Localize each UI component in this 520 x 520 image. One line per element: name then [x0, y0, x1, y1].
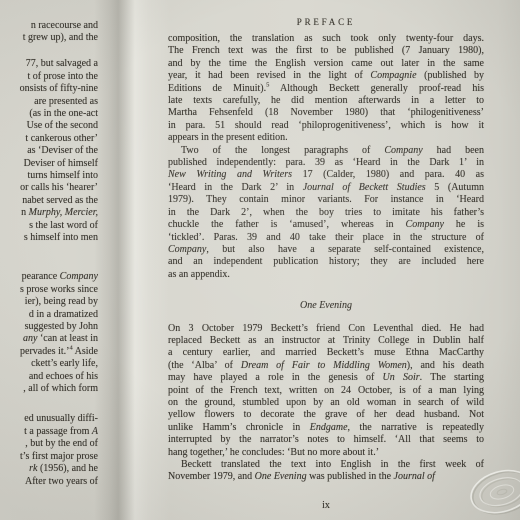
- left-paragraph-fragment: pearance Companys prose works sinceier),…: [0, 271, 98, 395]
- text-line: Beckett translated the text into English…: [168, 459, 484, 471]
- book-photo: n racecourse andt grew up), and the 77, …: [0, 0, 520, 520]
- text-line: Use of the second: [0, 120, 98, 132]
- text-line: ‘Heard in the Dark 2’ in Journal of Beck…: [168, 182, 484, 194]
- left-paragraph-fragment: n racecourse andt grew up), and the: [0, 20, 98, 45]
- text-line: s the last word of: [0, 220, 98, 232]
- text-line: November 1979, and One Evening was publi…: [168, 471, 484, 483]
- text-line: point of the French text, written on 24 …: [168, 385, 484, 397]
- text-line: yellow flowers to decorate the grave of …: [168, 409, 484, 421]
- right-page: PREFACE composition, the translation as …: [168, 16, 484, 511]
- text-line: hang together,’ he concludes: ‘But no mo…: [168, 447, 484, 459]
- paragraph-one-evening-origin: On 3 October 1979 Beckett’s friend Con L…: [168, 323, 484, 459]
- text-line: late texts carefully, he did mention aft…: [168, 95, 484, 107]
- text-line: any ‘can at least in: [0, 333, 98, 345]
- text-line: Two of the longest paragraphs of Company…: [168, 145, 484, 157]
- text-line: After two years of: [0, 476, 98, 488]
- text-line: in para. 51 should read ‘philoprogenitiv…: [168, 120, 484, 132]
- text-line: Deviser of himself: [0, 158, 98, 170]
- text-line: 77, but salvaged a: [0, 58, 98, 70]
- text-line: n racecourse and: [0, 20, 98, 32]
- text-line: ‘tickled’. Paras. 39 and 40 take their p…: [168, 232, 484, 244]
- text-line: as an appendix.: [168, 269, 484, 281]
- text-line: t cankerous other’: [0, 133, 98, 145]
- text-line: 1979). They contain minor variants. For …: [168, 194, 484, 206]
- text-line: pervades it.’4 Aside: [0, 346, 98, 358]
- text-line: and an independent publication history; …: [168, 256, 484, 268]
- text-line: onsists of fifty-nine: [0, 83, 98, 95]
- text-line: n Murphy, Mercier,: [0, 207, 98, 219]
- text-line: rk (1956), and he: [0, 463, 98, 475]
- book-gutter: [94, 0, 170, 520]
- paragraph-translation: Beckett translated the text into English…: [168, 459, 484, 484]
- left-paragraph-fragment: 77, but salvaged at of prose into theons…: [0, 58, 98, 244]
- text-line: a century earlier, and married Beckett’s…: [168, 347, 484, 359]
- text-line: on the ground, stumbled upon by an old w…: [168, 397, 484, 409]
- text-line: ed unusually diffi-: [0, 413, 98, 425]
- text-line: (as in the one-act: [0, 108, 98, 120]
- text-line: On 3 October 1979 Beckett’s friend Con L…: [168, 323, 484, 335]
- text-line: ckett’s early life,: [0, 358, 98, 370]
- left-paragraph-fragment: ed unusually diffi-t a passage from A, b…: [0, 413, 98, 487]
- text-line: interrupted by the narrator’s notes to h…: [168, 434, 484, 446]
- paragraph-heard-in-the-dark: Two of the longest paragraphs of Company…: [168, 145, 484, 281]
- text-line: replaced Beckett as an instructor at Tri…: [168, 335, 484, 347]
- text-line: unlike Hamm’s chronicle in Endgame, the …: [168, 422, 484, 434]
- text-line: suggested by John: [0, 321, 98, 333]
- text-line: appears in the present edition.: [168, 132, 484, 144]
- text-line: or calls his ‘hearer’: [0, 182, 98, 194]
- text-line: s prose works since: [0, 284, 98, 296]
- left-page-text-fragment: n racecourse andt grew up), and the 77, …: [0, 20, 98, 488]
- page-header-preface: PREFACE: [168, 16, 484, 28]
- text-line: are presented as: [0, 96, 98, 108]
- text-line: as ‘Deviser of the: [0, 145, 98, 157]
- text-line: chuckle the father is ‘amused’, whereas …: [168, 219, 484, 231]
- text-line: s himself into men: [0, 232, 98, 244]
- text-line: t of prose into the: [0, 71, 98, 83]
- text-line: in the Dark 2’, when the boy tries to im…: [168, 207, 484, 219]
- text-line: and echoes of his: [0, 371, 98, 383]
- text-line: Editions de Minuit).5 Although Beckett g…: [168, 83, 484, 95]
- text-line: t’s first major prose: [0, 451, 98, 463]
- text-line: , all of which form: [0, 383, 98, 395]
- text-line: t grew up), and the: [0, 32, 98, 44]
- text-line: year, it had been revised in the light o…: [168, 70, 484, 82]
- section-heading-one-evening: One Evening: [168, 300, 484, 312]
- text-line: (the ‘Alba’ of Dream of Fair to Middling…: [168, 360, 484, 372]
- text-line: , but by the end of: [0, 438, 98, 450]
- text-line: pearance Company: [0, 271, 98, 283]
- page-number: ix: [168, 500, 484, 511]
- text-line: Martha Fehsenfeld (18 November 1980) tha…: [168, 107, 484, 119]
- text-line: turns himself into: [0, 170, 98, 182]
- text-line: nabet served as the: [0, 195, 98, 207]
- text-line: t a passage from A: [0, 426, 98, 438]
- text-line: and by the time the English version came…: [168, 58, 484, 70]
- text-line: published independently: para. 39 as ‘He…: [168, 157, 484, 169]
- text-line: ier), being read by: [0, 296, 98, 308]
- text-line: New Writing and Writers 17 (Calder, 1980…: [168, 169, 484, 181]
- text-line: composition, the translation as such too…: [168, 33, 484, 45]
- text-line: The French text was the first to be publ…: [168, 45, 484, 57]
- text-line: may have played a role in the genesis of…: [168, 372, 484, 384]
- text-line: d in a dramatized: [0, 309, 98, 321]
- paragraph-publication: composition, the translation as such too…: [168, 33, 484, 145]
- text-line: Company, but also have a separate self-c…: [168, 244, 484, 256]
